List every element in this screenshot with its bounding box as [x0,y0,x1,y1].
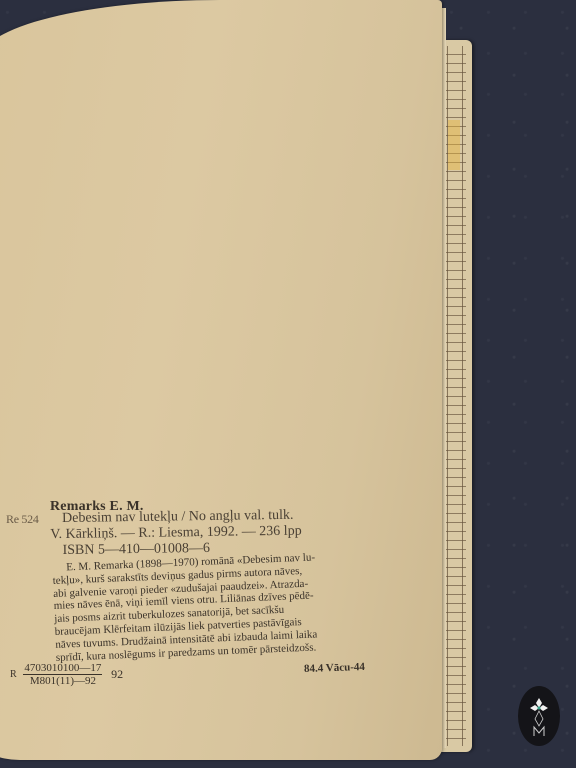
annotation-paragraph: E. M. Remarka (1898—1970) romānā «Debesi… [52,549,376,664]
printing-code-numerator: 4703010100—17 [23,662,102,675]
printing-code-fraction: 4703010100—17 M801(11)—92 [23,662,102,687]
call-number: Re 524 [6,512,39,527]
cover-highlight [448,120,460,170]
printing-code-prefix: R [10,669,17,680]
printing-code-year: 92 [111,667,123,681]
classification-code: 84.4 Vācu-44 [304,661,365,675]
printing-code-denominator: M801(11)—92 [23,675,102,687]
flower-m-logo-icon [518,686,560,746]
bibliographic-description: Debesim nav lutekļu / No angļu val. tulk… [62,508,302,559]
printing-code: R 4703010100—17 M801(11)—92 92 [10,662,123,687]
